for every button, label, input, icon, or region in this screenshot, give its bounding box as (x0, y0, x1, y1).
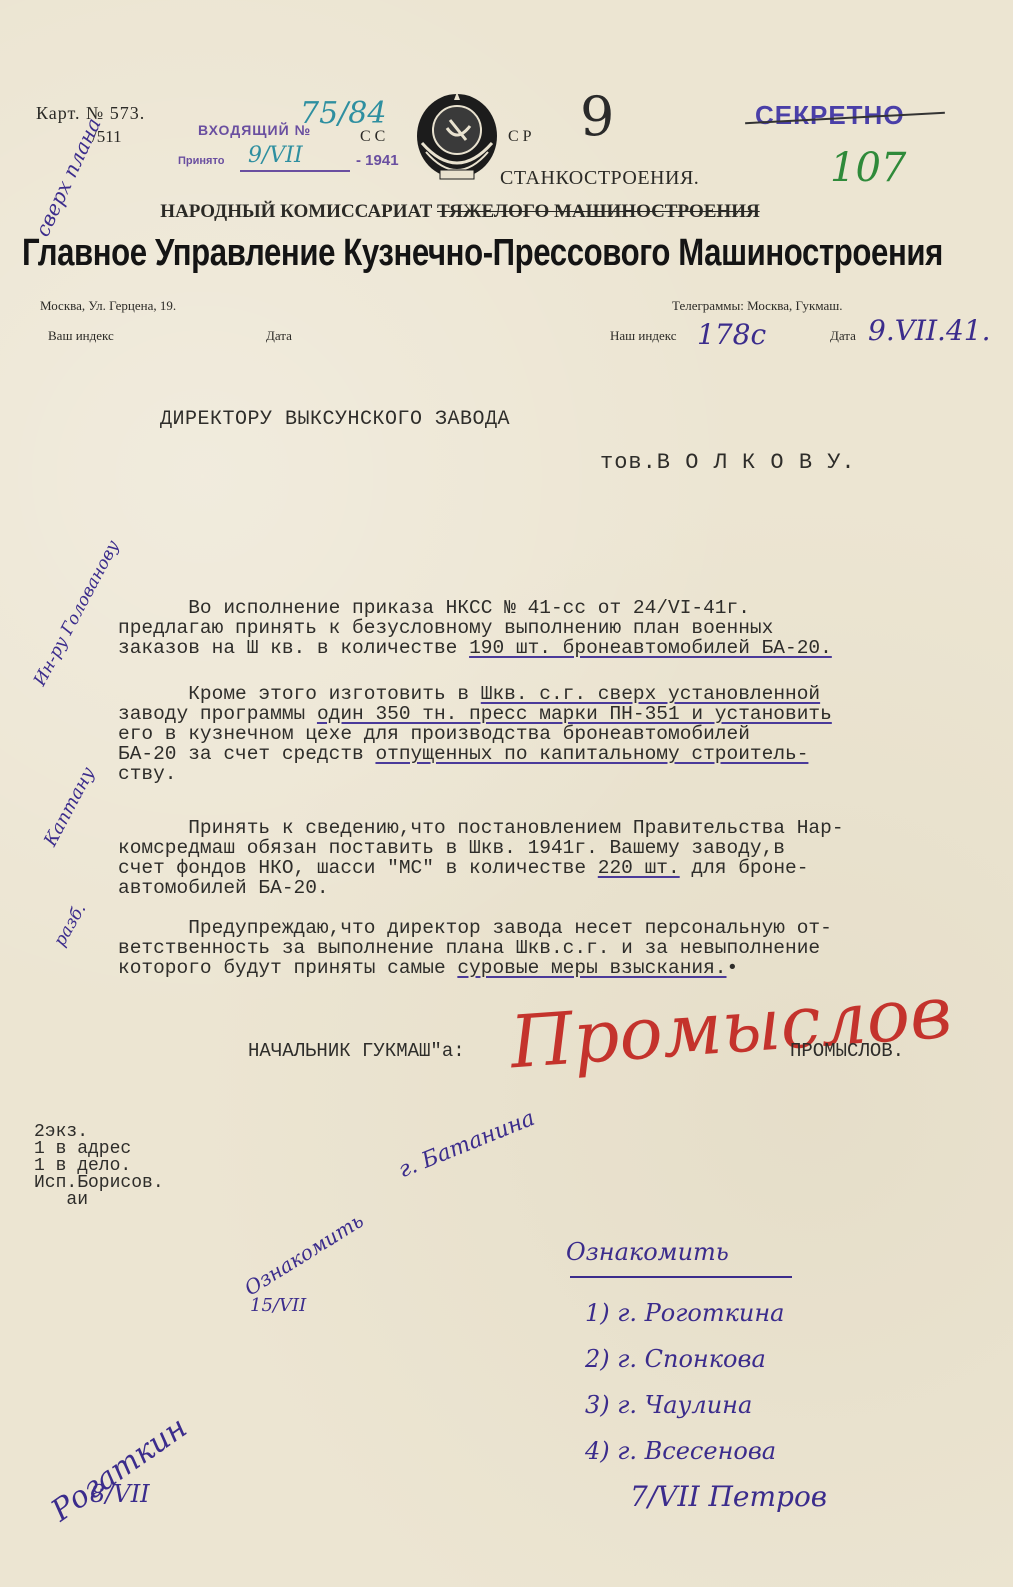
letter-body: Во исполнение приказа НКСС № 41-сс от 24… (118, 578, 978, 998)
incoming-number-handwritten: 75/84 (300, 96, 386, 131)
acquaintance-title-underline (570, 1276, 792, 1278)
acquaintance-note-1-name: г. Батанина (395, 1106, 538, 1183)
margin-note-left-1: Ин-ру Голованову (30, 537, 124, 689)
addressee-line-2: тов.В О Л К О В У. (600, 450, 856, 475)
date-label-left: Дата (266, 328, 292, 344)
signatory-title: НАЧАЛЬНИК ГУКМАШ"а: (248, 1040, 465, 1062)
margin-note-bottom-left-date: 8/VII (90, 1480, 150, 1508)
paragraph-3: Принять к сведению,что постановлением Пр… (118, 818, 978, 898)
acquaintance-list-title: Ознакомить (566, 1238, 729, 1266)
copies-distribution: 2экз. 1 в адрес 1 в дело. Исп.Борисов. а… (34, 1124, 164, 1209)
ussr-coat-of-arms-icon (412, 88, 502, 188)
paragraph-2: Кроме этого изготовить в Шкв. с.г. сверх… (118, 684, 978, 784)
address: Москва, Ул. Герцена, 19. (40, 298, 176, 314)
acquaintance-signature: 7/VII Петров (630, 1480, 827, 1513)
commissariat-prefix: НАРОДНЫЙ КОМИССАРИАТ (160, 201, 432, 222)
ussr-text-left: СС (360, 128, 389, 146)
margin-note-left-3: разб. (50, 900, 90, 950)
acquaintance-note-1-date: 15/VII (250, 1295, 306, 1316)
folio-number-handwritten: 107 (830, 145, 906, 191)
paragraph-4: Предупреждаю,что директор завода несет п… (118, 918, 978, 978)
date-value: 9.VII.41. (868, 314, 991, 347)
ussr-text-right: СР (508, 128, 536, 146)
underlined-quantity: 190 шт. бронеавтомобилей БА-20. (469, 637, 832, 659)
signatory-name: ПРОМЫСЛОВ. (790, 1040, 904, 1062)
incoming-stamp: ВХОДЯЩИЙ № (198, 122, 311, 138)
your-index-label: Ваш индекс (48, 328, 114, 344)
incoming-date-line (240, 170, 350, 172)
commissariat-struck: ТЯЖЕЛОГО МАШИНОСТРОЕНИЯ (437, 201, 760, 222)
incoming-date-handwritten: 9/VII (248, 143, 303, 168)
our-index-label: Наш индекс (610, 328, 676, 344)
date-label-right: Дата (830, 328, 856, 344)
incoming-year: - 1941 (356, 152, 399, 169)
page-number-handwritten: 9 (580, 85, 614, 148)
addressee-line-1: ДИРЕКТОРУ ВЫКСУНСКОГО ЗАВОДА (160, 408, 510, 431)
margin-note-bottom-left: Рогаткин (45, 1410, 193, 1529)
acquaintance-note-1-label: Ознакомить (240, 1208, 368, 1300)
incoming-date-label: Принято (178, 155, 224, 167)
letterhead-title: Главное Управление Кузнечно-Прессового М… (22, 232, 943, 275)
acquaintance-list: 1) г. Роготкина 2) г. Спонкова 3) г. Чау… (585, 1290, 785, 1474)
margin-note-left-2: Каптану (40, 764, 99, 850)
paragraph-1: Во исполнение приказа НКСС № 41-сс от 24… (118, 598, 978, 658)
telegram-address: Телеграммы: Москва, Гукмаш. (672, 298, 843, 314)
our-index-value: 178с (697, 318, 766, 351)
typed-correction: СТАНКОСТРОЕНИЯ. (500, 167, 699, 190)
commissariat-heading: НАРОДНЫЙ КОМИССАРИАТ ТЯЖЕЛОГО МАШИНОСТРО… (0, 201, 920, 223)
